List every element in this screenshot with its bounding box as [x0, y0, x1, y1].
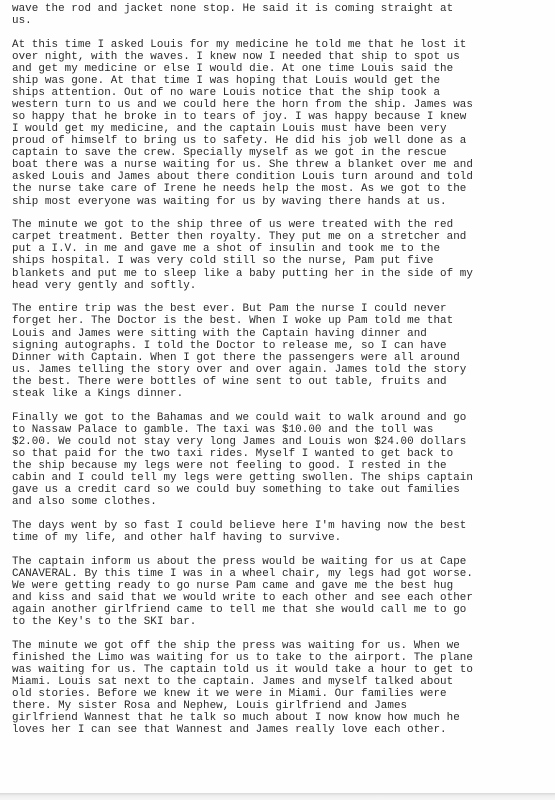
text-line: loves her I can see that Wannest and Jam…	[12, 724, 555, 736]
text-line: boat there was a nurse waiting for us. S…	[12, 159, 555, 171]
text-line: again another girlfriend came to tell me…	[12, 604, 555, 616]
text-line: The captain inform us about the press wo…	[12, 556, 555, 568]
text-line: blankets and put me to sleep like a baby…	[12, 268, 555, 280]
text-line: to the Key's to the SKI bar.	[12, 616, 555, 628]
text-line: and kiss and said that we would write to…	[12, 592, 555, 604]
paragraph: At this time I asked Louis for my medici…	[12, 39, 555, 208]
paragraph: Finally we got to the Bahamas and we cou…	[12, 412, 555, 508]
text-line: so happy that he broke in to tears of jo…	[12, 111, 555, 123]
text-line: to Nassaw Palace to gamble. The taxi was…	[12, 424, 555, 436]
text-line: the best. There were bottles of wine sen…	[12, 376, 555, 388]
text-line: old stories. Before we knew it we were i…	[12, 688, 555, 700]
page-bottom-edge	[0, 793, 555, 800]
text-line: I would get my medicine, and the captain…	[12, 123, 555, 135]
text-line: us. James telling the story over and ove…	[12, 364, 555, 376]
text-line: wave the rod and jacket none stop. He sa…	[12, 3, 555, 15]
text-line: and also some clothes.	[12, 496, 555, 508]
paragraph: wave the rod and jacket none stop. He sa…	[12, 3, 555, 27]
text-line: so that paid for the two taxi rides. Mys…	[12, 448, 555, 460]
text-line: ships attention. Out of no ware Louis no…	[12, 87, 555, 99]
text-line: The entire trip was the best ever. But P…	[12, 303, 555, 315]
text-line: and get my medicine or else I would die.…	[12, 63, 555, 75]
text-line: ship was gone. At that time I was hoping…	[12, 75, 555, 87]
document-body: wave the rod and jacket none stop. He sa…	[12, 3, 555, 748]
text-line: CANAVERAL. By this time I was in a wheel…	[12, 568, 555, 580]
text-line: Dinner with Captain. When I got there th…	[12, 352, 555, 364]
text-line: put a I.V. in me and gave me a shot of i…	[12, 243, 555, 255]
text-line: asked Louis and James about there condit…	[12, 171, 555, 183]
text-line: The minute we got off the ship the press…	[12, 640, 555, 652]
scanned-page: wave the rod and jacket none stop. He sa…	[0, 0, 555, 800]
text-line: The minute we got to the ship three of u…	[12, 219, 555, 231]
text-line: Louis and James were sitting with the Ca…	[12, 328, 555, 340]
text-line: gave us a credit card so we could buy so…	[12, 484, 555, 496]
text-line: The days went by so fast I could believe…	[12, 520, 555, 532]
paragraph: The minute we got off the ship the press…	[12, 640, 555, 736]
paragraph: The minute we got to the ship three of u…	[12, 219, 555, 291]
text-line: ships hospital. I was very cold still so…	[12, 255, 555, 267]
text-line: carpet treatment. Better then royalty. T…	[12, 231, 555, 243]
text-line: captain to save the crew. Specially myse…	[12, 147, 555, 159]
text-line: forget her. The Doctor is the best. When…	[12, 315, 555, 327]
text-line: proud of himself to bring us to safety. …	[12, 135, 555, 147]
paragraph: The captain inform us about the press wo…	[12, 556, 555, 628]
text-line: over night, with the waves. I knew now I…	[12, 51, 555, 63]
text-line: $2.00. We could not stay very long James…	[12, 436, 555, 448]
text-line: head very gently and softly.	[12, 280, 555, 292]
text-line: the nurse take care of Irene he needs he…	[12, 183, 555, 195]
text-line: the ship because my legs were not feelin…	[12, 460, 555, 472]
text-line: At this time I asked Louis for my medici…	[12, 39, 555, 51]
text-line: western turn to us and we could here the…	[12, 99, 555, 111]
text-line: finished the Limo was waiting for us to …	[12, 652, 555, 664]
text-line: girlfriend Wannest that he talk so much …	[12, 712, 555, 724]
text-line: cabin and I could tell my legs were gett…	[12, 472, 555, 484]
text-line: ship most everyone was waiting for us by…	[12, 196, 555, 208]
text-line: steak like a Kings dinner.	[12, 388, 555, 400]
text-line: signing autographs. I told the Doctor to…	[12, 340, 555, 352]
paragraph: The days went by so fast I could believe…	[12, 520, 555, 544]
text-line: Miami. Louis sat next to the captain. Ja…	[12, 676, 555, 688]
text-line: was waiting for us. The captain told us …	[12, 664, 555, 676]
paragraph: The entire trip was the best ever. But P…	[12, 303, 555, 399]
text-line: time of my life, and other half having t…	[12, 532, 555, 544]
text-line: We were getting ready to go nurse Pam ca…	[12, 580, 555, 592]
text-line: Finally we got to the Bahamas and we cou…	[12, 412, 555, 424]
text-line: there. My sister Rosa and Nephew, Louis …	[12, 700, 555, 712]
text-line: us.	[12, 15, 555, 27]
